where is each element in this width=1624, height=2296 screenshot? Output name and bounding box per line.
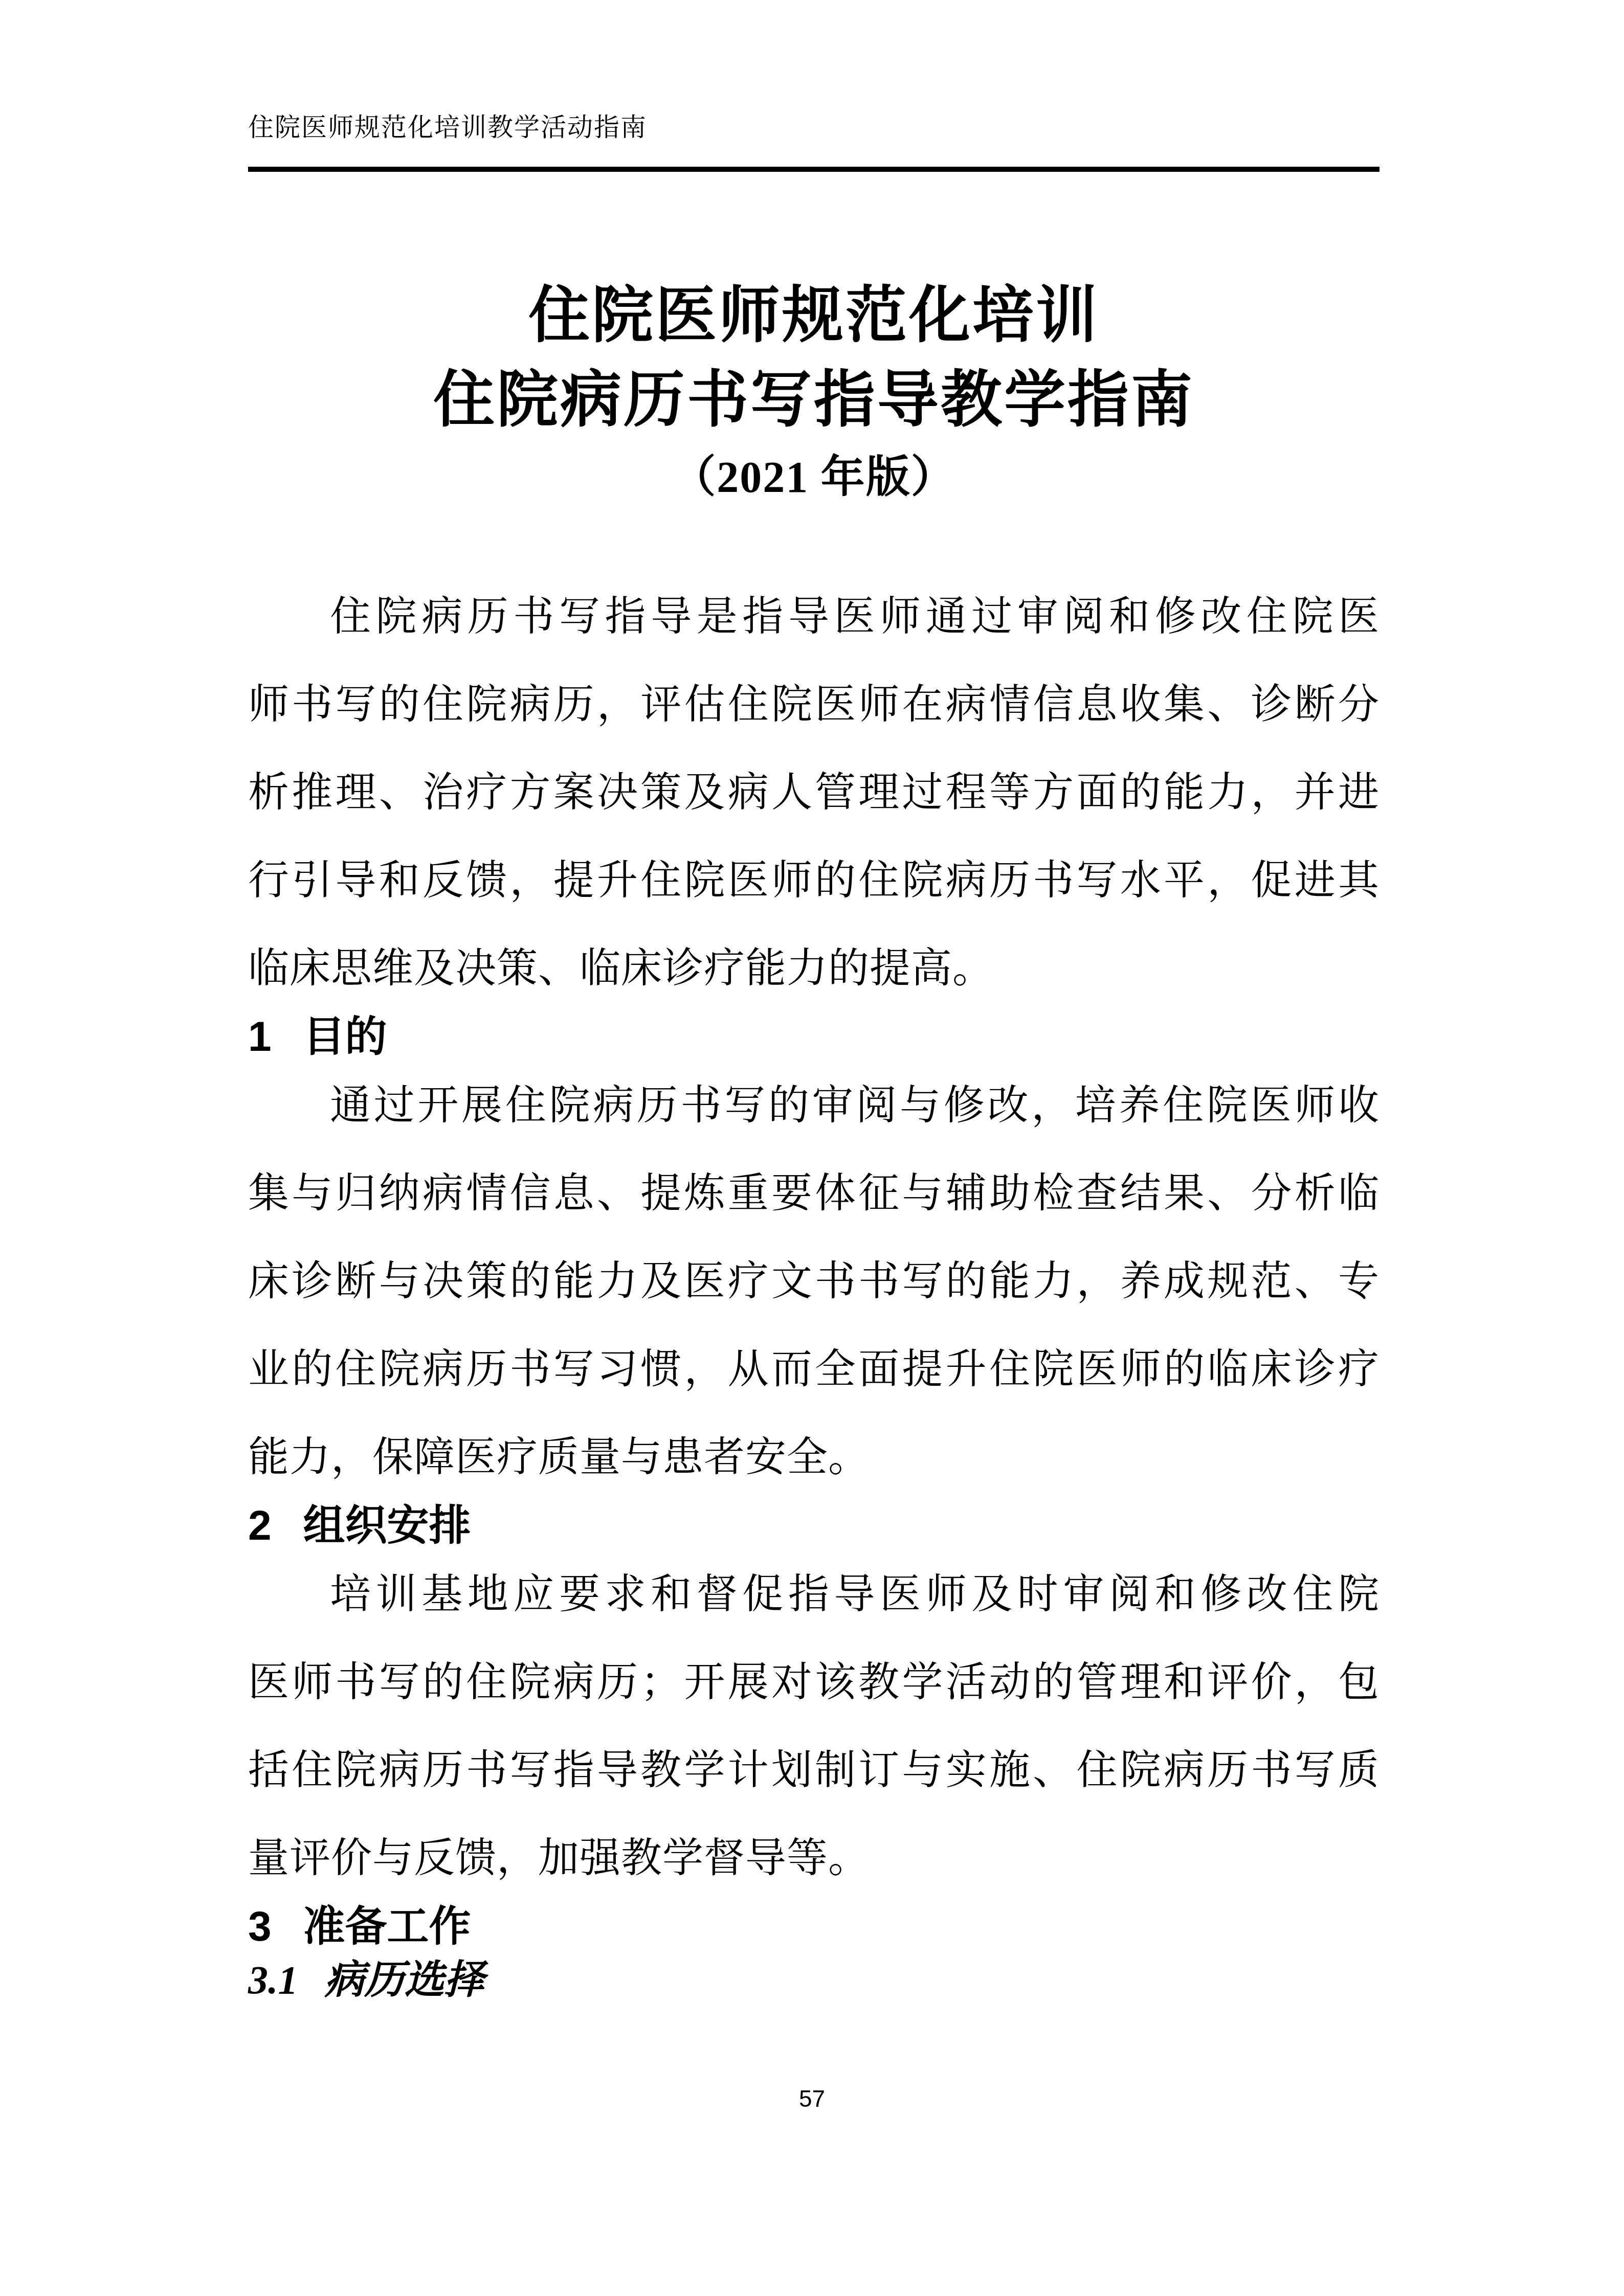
title-line-1: 住院医师规范化培训: [248, 274, 1380, 358]
body-line: 通过开展住院病历书写的审阅与修改，培养住院医师收: [248, 1062, 1380, 1150]
page-number: 57: [0, 2085, 1624, 2112]
body-line: 住院病历书写指导是指导医师通过审阅和修改住院医: [248, 573, 1380, 661]
section-heading-2: 2组织安排: [248, 1501, 1380, 1550]
section-heading-1: 1目的: [248, 1012, 1380, 1062]
section-1-paragraph: 通过开展住院病历书写的审阅与修改，培养住院医师收 集与归纳病情信息、提炼重要体征…: [248, 1062, 1380, 1501]
section-number: 3.1: [248, 1955, 298, 2005]
running-header: 住院医师规范化培训教学活动指南: [248, 114, 647, 141]
document-body: 住院病历书写指导是指导医师通过审阅和修改住院医 师书写的住院病历，评估住院医师在…: [248, 573, 1380, 2005]
document-title: 住院医师规范化培训 住院病历书写指导教学指南 （2021 年版）: [248, 274, 1380, 506]
body-line: 能力，保障医疗质量与患者安全。: [248, 1413, 1380, 1501]
body-line: 医师书写的住院病历；开展对该教学活动的管理和评价，包: [248, 1638, 1380, 1726]
body-line: 业的住院病历书写习惯，从而全面提升住院医师的临床诊疗: [248, 1325, 1380, 1413]
section-2-paragraph: 培训基地应要求和督促指导医师及时审阅和修改住院 医师书写的住院病历；开展对该教学…: [248, 1550, 1380, 1902]
section-number: 3: [248, 1902, 272, 1951]
body-line: 床诊断与决策的能力及医疗文书书写的能力，养成规范、专: [248, 1237, 1380, 1325]
header-rule: [248, 167, 1380, 172]
body-line: 量评价与反馈，加强教学督导等。: [248, 1814, 1380, 1902]
section-title: 目的: [303, 1014, 387, 1060]
body-line: 括住院病历书写指导教学计划制订与实施、住院病历书写质: [248, 1726, 1380, 1814]
section-number: 1: [248, 1012, 272, 1062]
body-line: 集与归纳病情信息、提炼重要体征与辅助检查结果、分析临: [248, 1150, 1380, 1237]
body-line: 析推理、治疗方案决策及病人管理过程等方面的能力，并进: [248, 749, 1380, 837]
section-heading-3-1: 3.1病历选择: [248, 1955, 1380, 2005]
section-title: 组织安排: [303, 1502, 471, 1549]
intro-paragraph: 住院病历书写指导是指导医师通过审阅和修改住院医 师书写的住院病历，评估住院医师在…: [248, 573, 1380, 1012]
section-heading-3: 3准备工作: [248, 1902, 1380, 1951]
document-page: 住院医师规范化培训教学活动指南 住院医师规范化培训 住院病历书写指导教学指南 （…: [0, 0, 1624, 2296]
section-title: 准备工作: [303, 1903, 471, 1950]
body-line: 培训基地应要求和督促指导医师及时审阅和修改住院: [248, 1550, 1380, 1638]
body-line: 临床思维及决策、临床诊疗能力的提高。: [248, 925, 1380, 1012]
section-title: 病历选择: [325, 1957, 484, 2002]
section-number: 2: [248, 1501, 272, 1550]
title-line-2: 住院病历书写指导教学指南: [248, 358, 1380, 442]
body-line: 师书写的住院病历，评估住院医师在病情信息收集、诊断分: [248, 661, 1380, 749]
body-line: 行引导和反馈，提升住院医师的住院病历书写水平，促进其: [248, 837, 1380, 925]
title-edition: （2021 年版）: [248, 448, 1380, 506]
